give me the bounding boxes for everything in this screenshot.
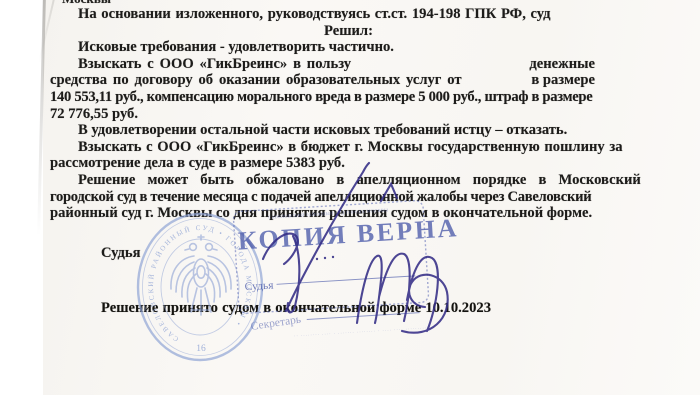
scanned-court-document: Москвы На основании изложенного, руковод… bbox=[0, 0, 700, 395]
doc-line-basis: На основании изложенного, руководствуясь… bbox=[50, 6, 595, 23]
judge-label: Судья bbox=[101, 245, 141, 262]
doc-line-p5a: Решение может быть обжаловано в апелляци… bbox=[50, 172, 595, 189]
claim1-right: денежные bbox=[529, 56, 595, 73]
doc-line-claim2: средства по договору об оказании образов… bbox=[50, 72, 595, 89]
final-date-line: Решение принято судом в окончательной фо… bbox=[101, 300, 491, 317]
claim1-left: Взыскать с ООО «ГикБреинс» в пользу bbox=[50, 56, 351, 73]
doc-line-p5c: районный суд г. Москвы со дня принятия р… bbox=[50, 205, 595, 222]
doc-line-p1: Исковые требования - удовлетворить части… bbox=[50, 39, 595, 56]
doc-line-claim1: Взыскать с ООО «ГикБреинс» в пользу дене… bbox=[50, 56, 595, 73]
doc-line-claim4: 72 776,55 руб. bbox=[50, 106, 595, 123]
doc-line-p4b: рассмотрение дела в суде в размере 5383 … bbox=[50, 155, 595, 172]
doc-line-claim3: 140 553,11 руб., компенсацию морального … bbox=[50, 89, 595, 106]
doc-line-p4a: Взыскать с ООО «ГикБреинс» в бюджет г. М… bbox=[50, 139, 595, 156]
claim2-left: средства по договору об оказании образов… bbox=[50, 72, 462, 89]
doc-line-p5b: городской суд в течение месяца с подачей… bbox=[50, 189, 595, 206]
doc-line-p3: В удовлетворении остальной части исковых… bbox=[50, 122, 595, 139]
claim2-right: в размере bbox=[531, 72, 595, 89]
doc-heading-reshil: Решил: bbox=[50, 23, 595, 40]
document-text-block: На основании изложенного, руководствуясь… bbox=[50, 6, 595, 222]
